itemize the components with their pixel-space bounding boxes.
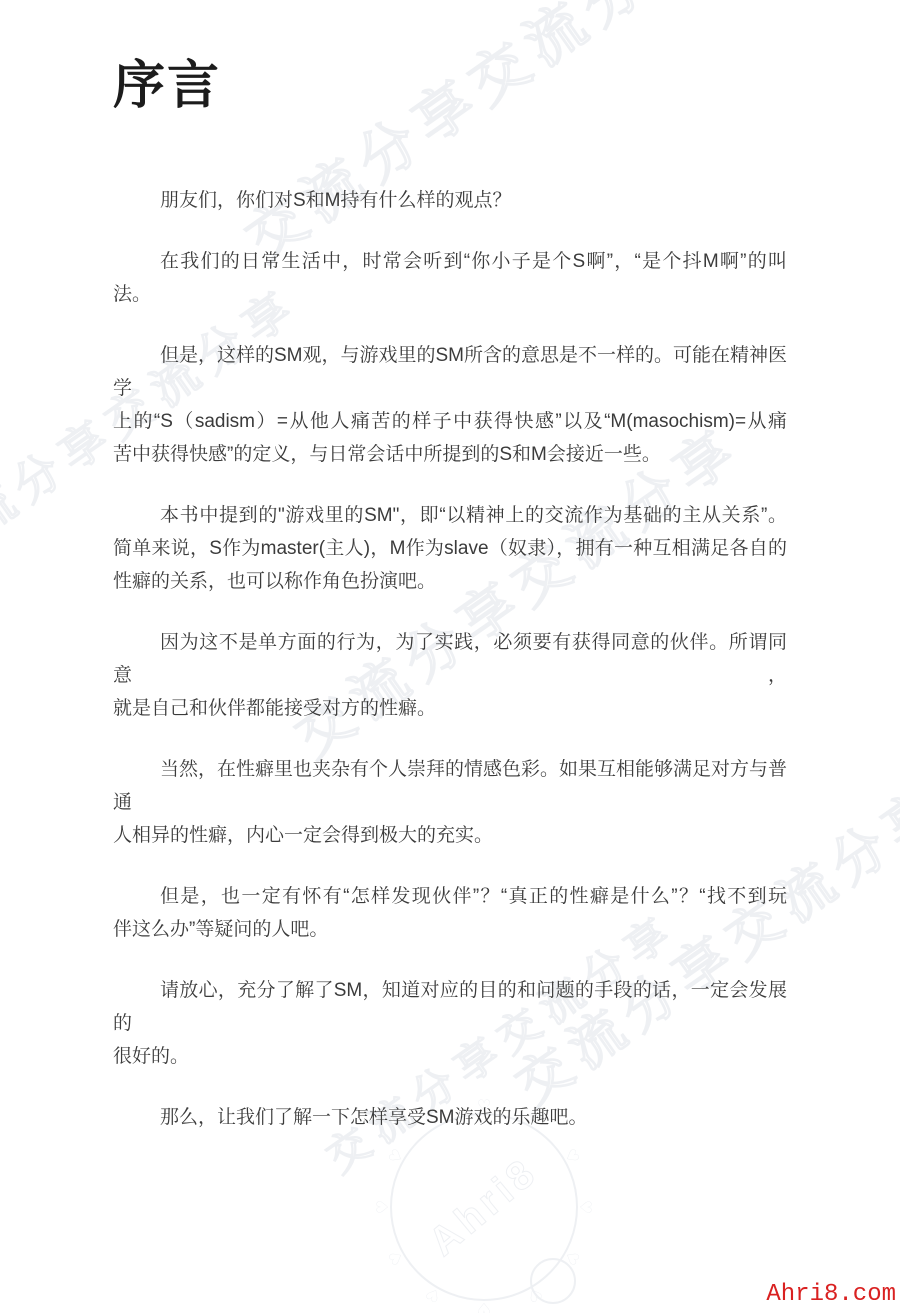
text-line: 因为这不是单方面的行为，为了实践，必须要有获得同意的伙伴。所谓同意，	[113, 626, 787, 692]
heart-icon: ♡	[522, 1281, 547, 1306]
paragraph: 朋友们，你们对S和M持有什么样的观点？	[113, 184, 787, 217]
site-watermark-text: Ahri8.com	[766, 1281, 896, 1308]
document-page: 交流分享交流分享 交流分享交流分享 交流分享交流分享 交流分享交流分享 交流分享…	[0, 0, 900, 1313]
text-line: 就是自己和伙伴都能接受对方的性癖。	[113, 692, 787, 725]
paragraph: 请放心，充分了解了SM，知道对应的目的和问题的手段的话，一定会发展的 很好的。	[113, 974, 787, 1073]
text-line: 但是，也一定有怀有“怎样发现伙伴”？“真正的性癖是什么”？“找不到玩	[113, 880, 787, 913]
paragraph: 但是，这样的SM观，与游戏里的SM所含的意思是不一样的。可能在精神医学 上的“S…	[113, 339, 787, 471]
page-title: 序言	[113, 58, 787, 114]
paragraph: 但是，也一定有怀有“怎样发现伙伴”？“真正的性癖是什么”？“找不到玩 伴这么办”…	[113, 880, 787, 946]
paragraph: 当然，在性癖里也夹杂有个人崇拜的情感色彩。如果互相能够满足对方与普通 人相异的性…	[113, 753, 787, 852]
paragraph: 因为这不是单方面的行为，为了实践，必须要有获得同意的伙伴。所谓同意， 就是自己和…	[113, 626, 787, 725]
heart-icon: ♡	[385, 1245, 410, 1270]
text-line: 性癖的关系，也可以称作角色扮演吧。	[113, 565, 787, 598]
text-line: 上的“S（sadism）=从他人痛苦的样子中获得快感”以及“M(masochis…	[113, 405, 787, 438]
paragraph: 在我们的日常生活中，时常会听到“你小子是个S啊”，“是个抖M啊”的叫 法。	[113, 245, 787, 311]
watermark-small-circle	[530, 1258, 576, 1304]
heart-icon: ♡	[475, 1298, 493, 1313]
text-line: 朋友们，你们对S和M持有什么样的观点？	[113, 184, 787, 217]
heart-icon: ♡	[558, 1245, 583, 1270]
text-line: 苦中获得快感”的定义，与日常会话中所提到的S和M会接近一些。	[113, 438, 787, 471]
text-line: 伴这么办”等疑问的人吧。	[113, 913, 787, 946]
text-line: 请放心，充分了解了SM，知道对应的目的和问题的手段的话，一定会发展的	[113, 974, 787, 1040]
heart-icon: ♡	[375, 1198, 393, 1216]
text-line: 当然，在性癖里也夹杂有个人崇拜的情感色彩。如果互相能够满足对方与普通	[113, 753, 787, 819]
heart-icon: ♡	[422, 1281, 447, 1306]
heart-icon: ♡	[575, 1198, 593, 1216]
text-line: 简单来说，S作为master(主人)，M作为slave（奴隶），拥有一种互相满足…	[113, 532, 787, 565]
text-line: 本书中提到的"游戏里的SM"，即“以精神上的交流作为基础的主从关系”。	[113, 499, 787, 532]
text-line: 很好的。	[113, 1040, 787, 1073]
paragraph: 本书中提到的"游戏里的SM"，即“以精神上的交流作为基础的主从关系”。 简单来说…	[113, 499, 787, 598]
document-body: 序言 朋友们，你们对S和M持有什么样的观点？ 在我们的日常生活中，时常会听到“你…	[113, 58, 787, 1162]
watermark-stamp-text: Ahri8	[421, 1149, 547, 1265]
text-line: 法。	[113, 278, 787, 311]
paragraph: 那么，让我们了解一下怎样享受SM游戏的乐趣吧。	[113, 1101, 787, 1134]
text-line: 但是，这样的SM观，与游戏里的SM所含的意思是不一样的。可能在精神医学	[113, 339, 787, 405]
text-line: 在我们的日常生活中，时常会听到“你小子是个S啊”，“是个抖M啊”的叫	[113, 245, 787, 278]
text-line: 人相异的性癖，内心一定会得到极大的充实。	[113, 819, 787, 852]
text-line: 那么，让我们了解一下怎样享受SM游戏的乐趣吧。	[113, 1101, 787, 1134]
